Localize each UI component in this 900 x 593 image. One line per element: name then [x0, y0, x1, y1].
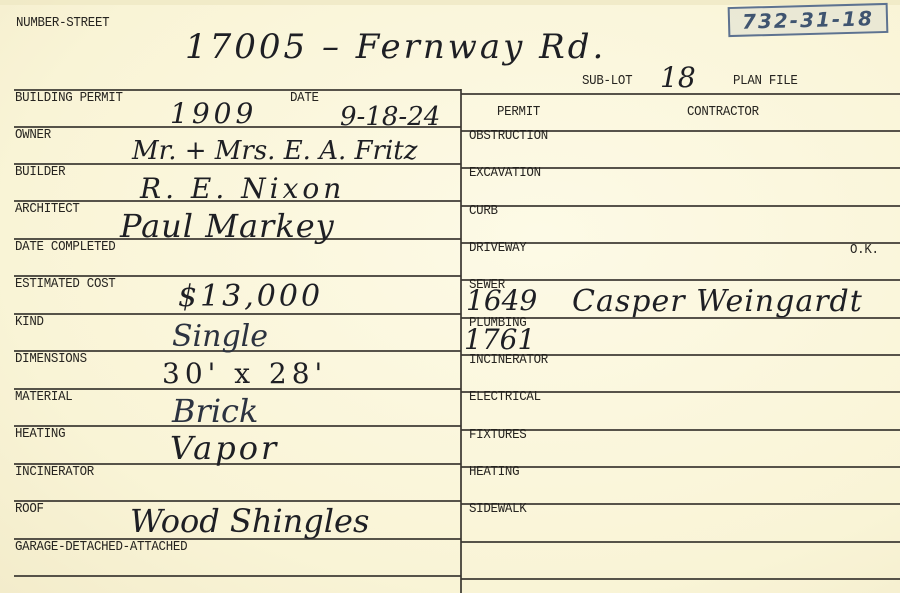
plumbing-permit-number: 1761 — [464, 326, 535, 354]
sub-lot-label: SUB-LOT — [582, 75, 632, 89]
permit-label-incinerator: INCINERATOR — [469, 354, 548, 368]
permit-label-driveway: DRIVEWAY — [469, 242, 526, 256]
field-label-incinerator: INCINERATOR — [15, 466, 94, 480]
permit-label-fixtures: FIXTURES — [469, 429, 526, 443]
ruled-line — [461, 578, 900, 580]
date-value: 9-18-24 — [340, 104, 440, 130]
permit-label-obstruction: OBSTRUCTION — [469, 130, 548, 144]
architect-value: Paul Markey — [120, 210, 335, 242]
ruled-line — [14, 575, 461, 577]
field-label-dimensions: DIMENSIONS — [15, 353, 87, 367]
plan-file-label: PLAN FILE — [733, 75, 798, 89]
field-label-kind: KIND — [15, 316, 44, 330]
ruled-line — [461, 93, 900, 95]
card-top-edge — [0, 0, 900, 5]
permit-card: 732-31-18 NUMBER-STREET 17005 – Fernway … — [0, 0, 900, 593]
field-label-owner: OWNER — [15, 129, 51, 143]
field-label-estimated-cost: ESTIMATED COST — [15, 278, 115, 292]
field-label-garage-detached-attached: GARAGE-DETACHED-ATTACHED — [15, 541, 187, 555]
builder-value: R. E. Nixon — [140, 175, 345, 203]
field-label-building-permit: BUILDING PERMIT — [15, 92, 123, 106]
sewer-permit-number: 1649 — [466, 287, 537, 315]
field-label-material: MATERIAL — [15, 391, 72, 405]
ruled-line — [461, 242, 900, 244]
ruled-line — [461, 279, 900, 281]
ruled-line — [461, 541, 900, 543]
sewer-contractor: Casper Weingardt — [572, 287, 863, 317]
permit-label-curb: CURB — [469, 205, 498, 219]
column-divider — [460, 89, 462, 593]
sub-lot-value: 18 — [660, 64, 696, 92]
driveway-note: O.K. — [850, 244, 879, 258]
contractor-header: CONTRACTOR — [687, 106, 759, 120]
parcel-number-stamp: 732-31-18 — [728, 3, 889, 37]
owner-value: Mr. + Mrs. E. A. Fritz — [132, 138, 417, 164]
permit-label-electrical: ELECTRICAL — [469, 391, 541, 405]
permit-label-heating: HEATING — [469, 466, 519, 480]
building-permit-value: 1909 — [170, 100, 257, 128]
field-label-architect: ARCHITECT — [15, 203, 80, 217]
roof-value: Wood Shingles — [130, 505, 369, 537]
dimensions-value: 30' x 28' — [162, 360, 327, 388]
estimated-cost-value: $13,000 — [178, 282, 323, 312]
material-value: Brick — [172, 395, 258, 427]
ruled-line — [461, 429, 900, 431]
number-street-value: 17005 – Fernway Rd. — [185, 30, 606, 64]
field-label-roof: ROOF — [15, 503, 44, 517]
heating-value: Vapor — [170, 432, 279, 464]
number-street-label: NUMBER-STREET — [16, 17, 109, 31]
permit-header: PERMIT — [497, 106, 540, 120]
field-label-builder: BUILDER — [15, 166, 65, 180]
permit-label-sidewalk: SIDEWALK — [469, 503, 526, 517]
kind-value: Single — [172, 322, 268, 352]
date-label: DATE — [290, 92, 319, 106]
ruled-line — [461, 205, 900, 207]
field-label-date-completed: DATE COMPLETED — [15, 241, 115, 255]
ruled-line — [461, 503, 900, 505]
ruled-line — [461, 466, 900, 468]
permit-label-excavation: EXCAVATION — [469, 167, 541, 181]
field-label-heating: HEATING — [15, 428, 65, 442]
